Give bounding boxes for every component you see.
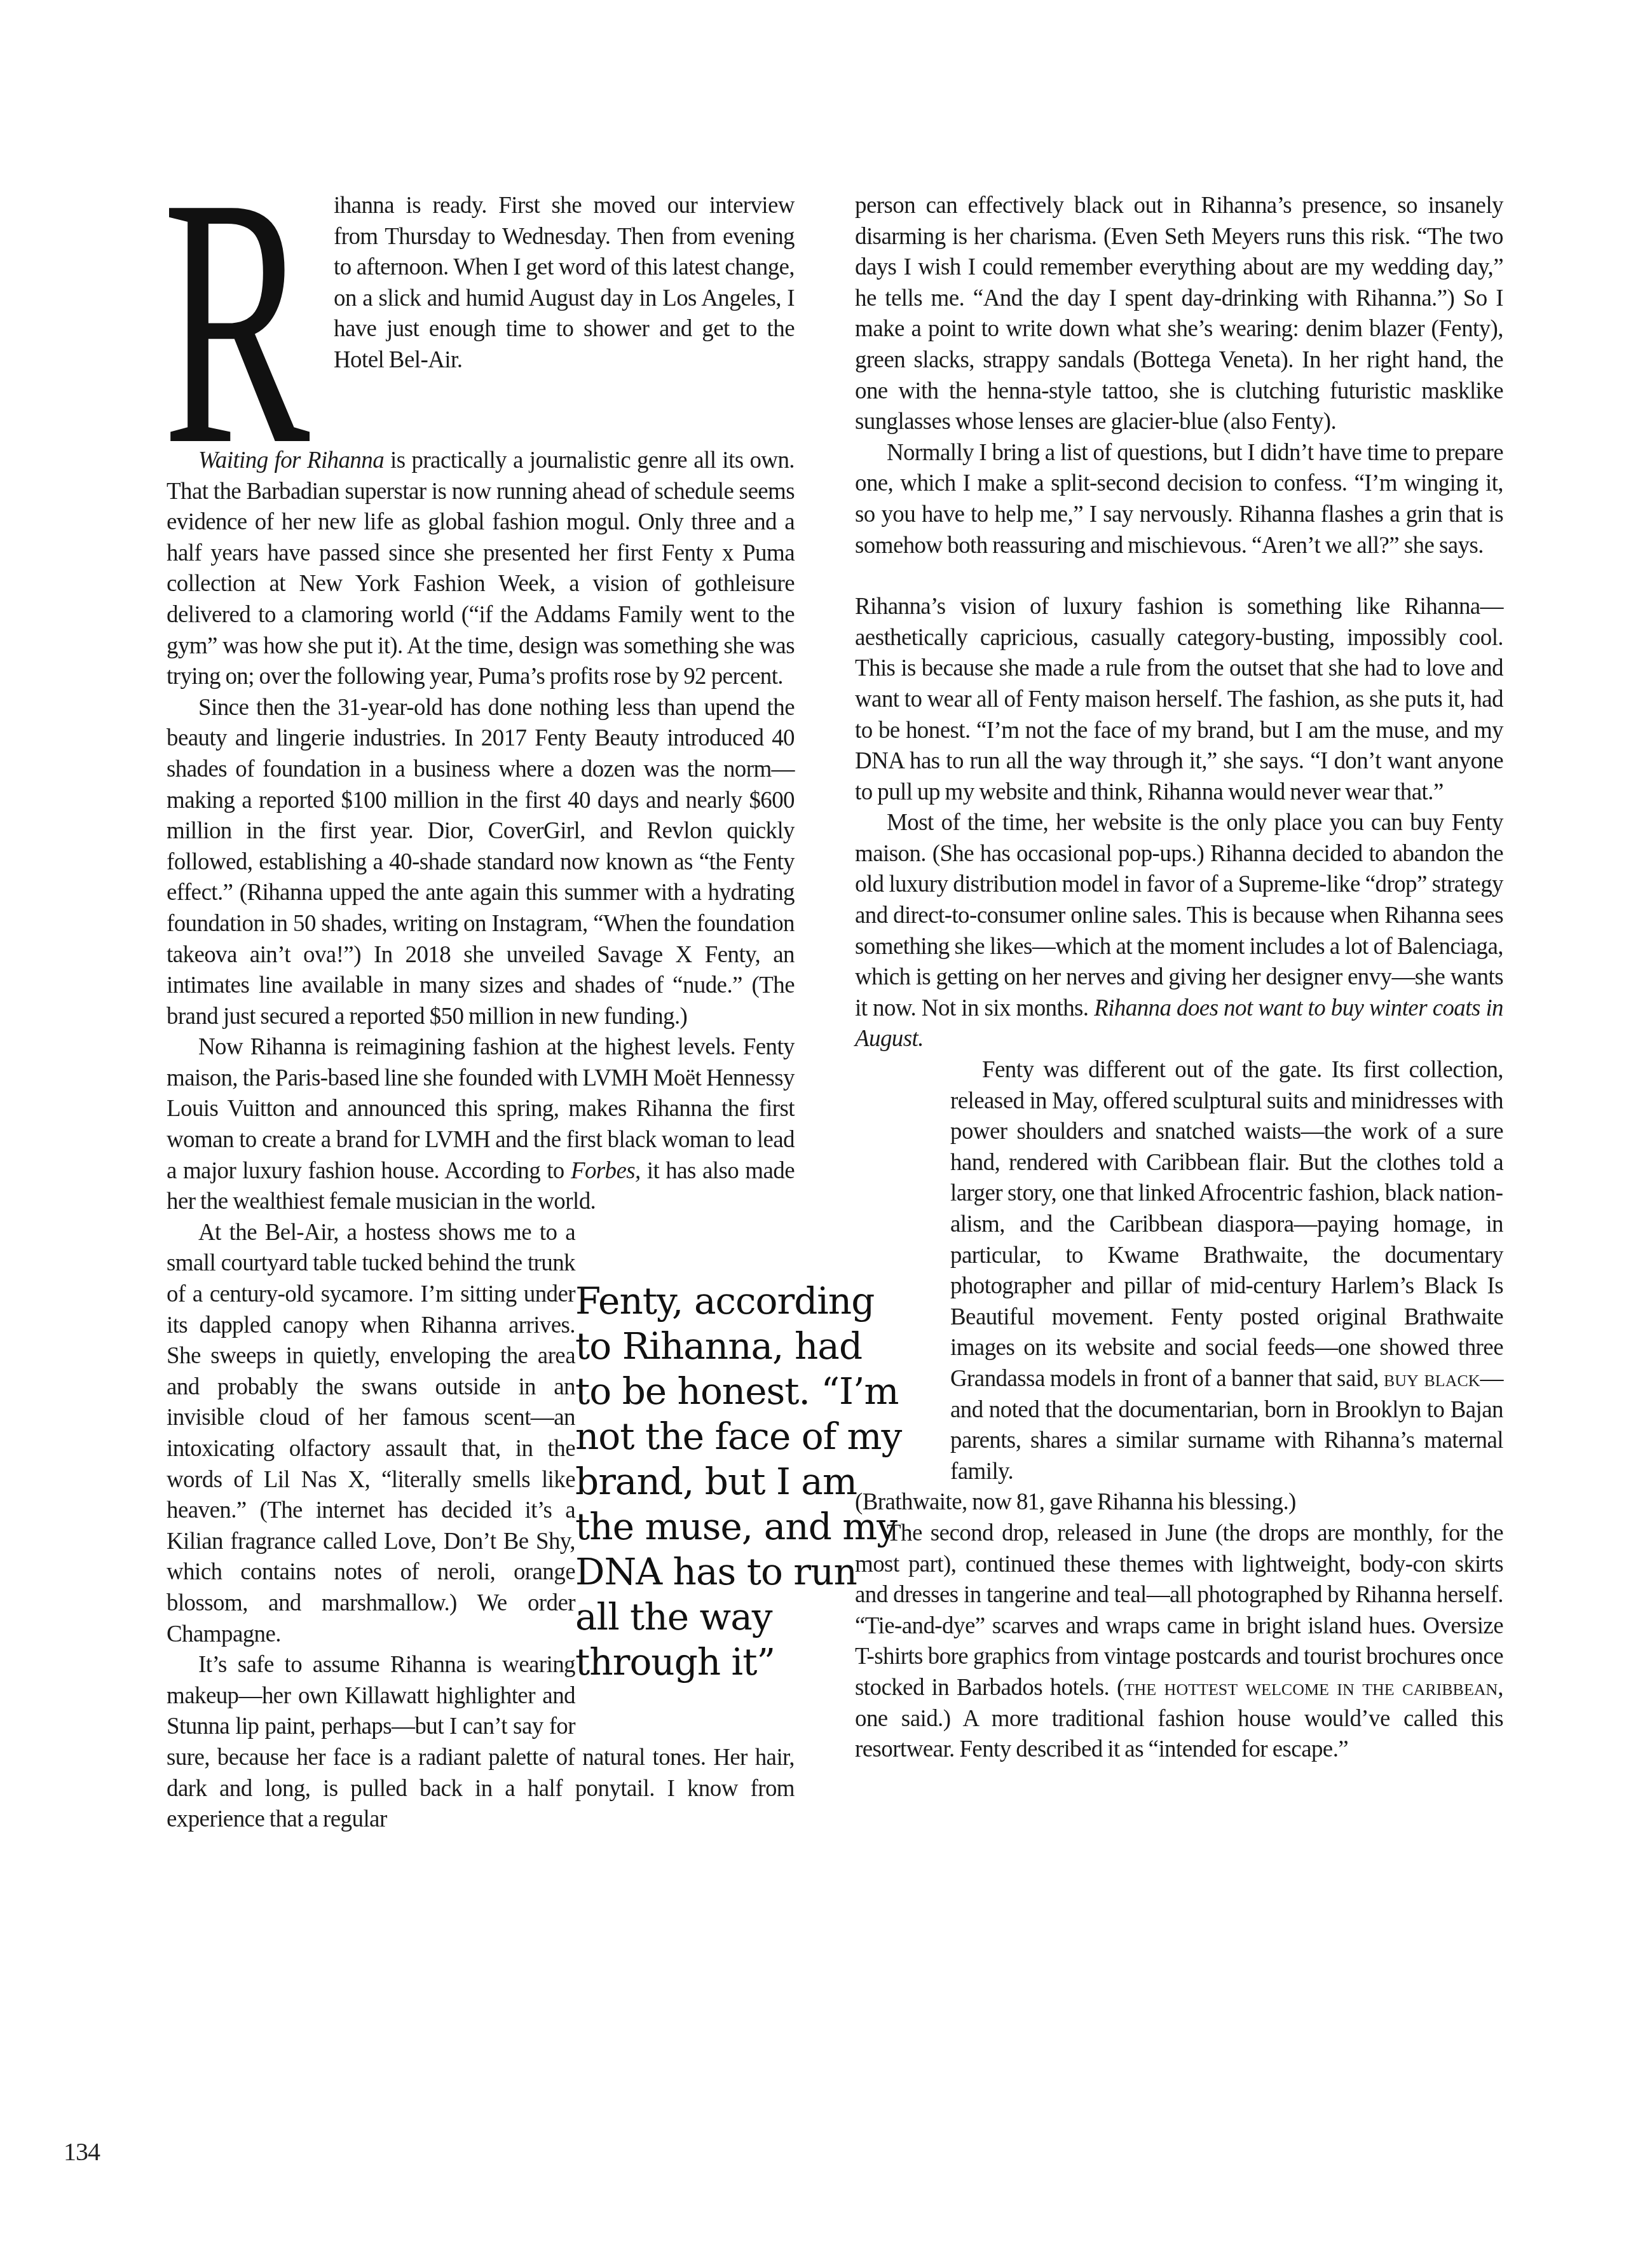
paragraph: Since then the 31-year-old has done noth… <box>167 693 795 1033</box>
paragraph: Normally I bring a list of questions, bu… <box>855 438 1503 561</box>
paragraph: (Brathwaite, now 81, gave Rihanna his bl… <box>855 1487 1503 1518</box>
page-number: 134 <box>64 2137 100 2167</box>
paragraph: Fenty was different out of the gate. Its… <box>950 1055 1503 1487</box>
indented-text-block: Fenty was different out of the gate. Its… <box>950 1055 1503 1487</box>
paragraph: person can effectively black out in Riha… <box>855 191 1503 438</box>
paragraph: Rihanna’s vision of luxury fashion is so… <box>855 592 1503 808</box>
paragraph-opening: Rihanna is ready. First she moved our in… <box>167 191 795 376</box>
magazine-page: Rihanna is ready. First she moved our in… <box>0 0 1652 2246</box>
paragraph: The second drop, released in June (the d… <box>855 1518 1503 1766</box>
right-column: person can effectively black out in Riha… <box>855 191 1503 1766</box>
drop-cap: R <box>163 194 256 446</box>
paragraph: Most of the time, her website is the onl… <box>855 808 1503 1055</box>
paragraph: Now Rihanna is reimagining fashion at th… <box>167 1032 795 1218</box>
